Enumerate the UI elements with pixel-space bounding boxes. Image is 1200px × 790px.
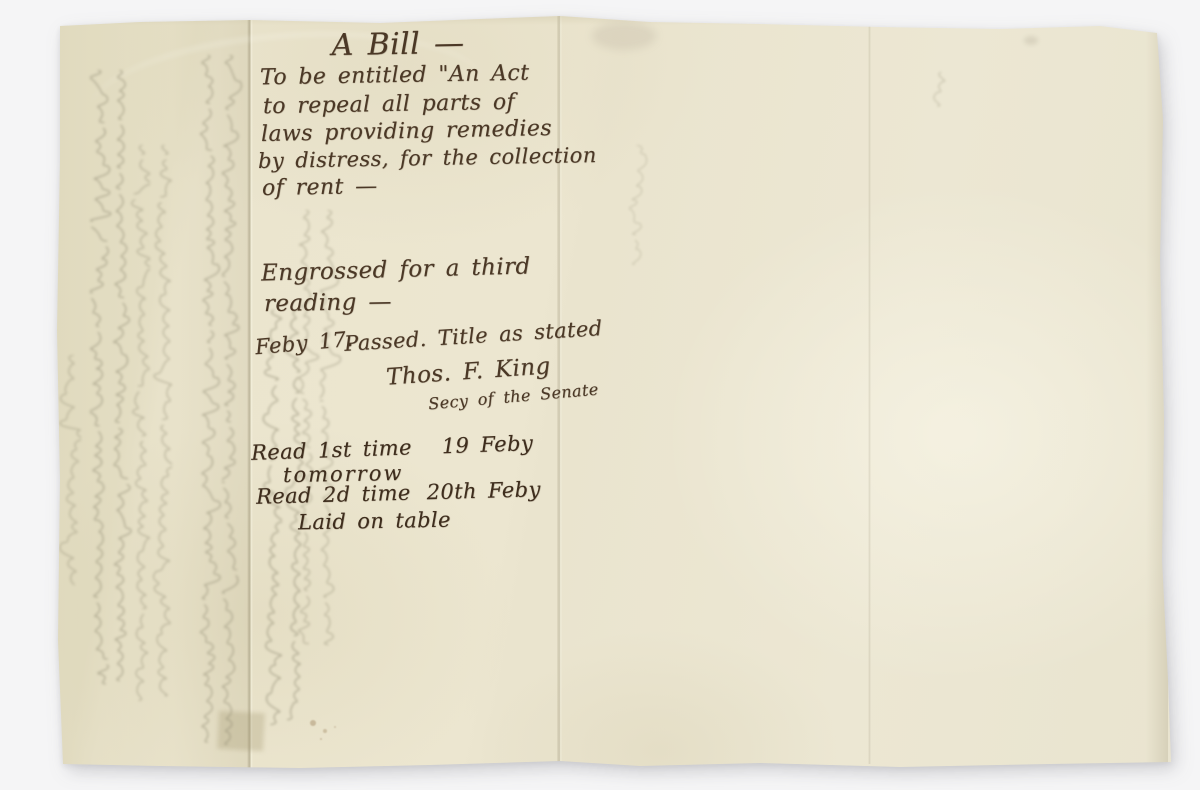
paper-edge-shade: [1146, 30, 1168, 766]
smudge-top-right: [1024, 36, 1038, 45]
bleedthrough-column: [128, 145, 172, 705]
bleedthrough-stroke: [222, 55, 244, 745]
passage-action: Passed. Title as stated: [344, 316, 604, 356]
bleedthrough-stroke: [629, 145, 651, 265]
bleedthrough-stroke: [260, 310, 282, 730]
reading-note: Laid on table: [298, 508, 451, 535]
reading-action: Laid on table: [298, 508, 451, 535]
fold-crease-right: [868, 20, 871, 764]
bleedthrough-stroke: [59, 355, 81, 585]
bleedthrough-column: [200, 55, 244, 745]
bleedthrough-stroke: [200, 55, 222, 745]
stain-spots: [310, 720, 316, 726]
bill-body-line: laws providing remedies: [261, 116, 552, 147]
document-paper: A Bill — To be entitled "An Act to repea…: [0, 0, 1200, 790]
bleedthrough-column: [927, 72, 949, 112]
bleedthrough-stroke: [128, 145, 150, 705]
paper-shadow-wrap: A Bill — To be entitled "An Act to repea…: [0, 0, 1200, 790]
smudge-top-center: [592, 22, 656, 50]
bill-body-line: To be entitled "An Act: [260, 61, 530, 91]
bleedthrough-stroke: [150, 145, 172, 705]
bleedthrough-column: [59, 355, 81, 585]
bill-body-line: to repeal all parts of: [263, 90, 515, 119]
reading-action: Read 2d time: [256, 481, 411, 509]
scan-background: A Bill — To be entitled "An Act to repea…: [0, 0, 1200, 790]
reading-date: 19 Feby: [441, 431, 533, 458]
bill-title: A Bill —: [278, 25, 519, 64]
engrossment-line: reading —: [264, 289, 392, 317]
bleedthrough-column: [629, 145, 651, 265]
bill-body-line: by distress, for the collection: [258, 143, 597, 173]
reading-date: 20th Feby: [426, 477, 541, 504]
bleedthrough-stroke: [927, 72, 949, 112]
bill-body-line: of rent —: [262, 174, 378, 201]
bleedthrough-stroke: [90, 70, 112, 690]
